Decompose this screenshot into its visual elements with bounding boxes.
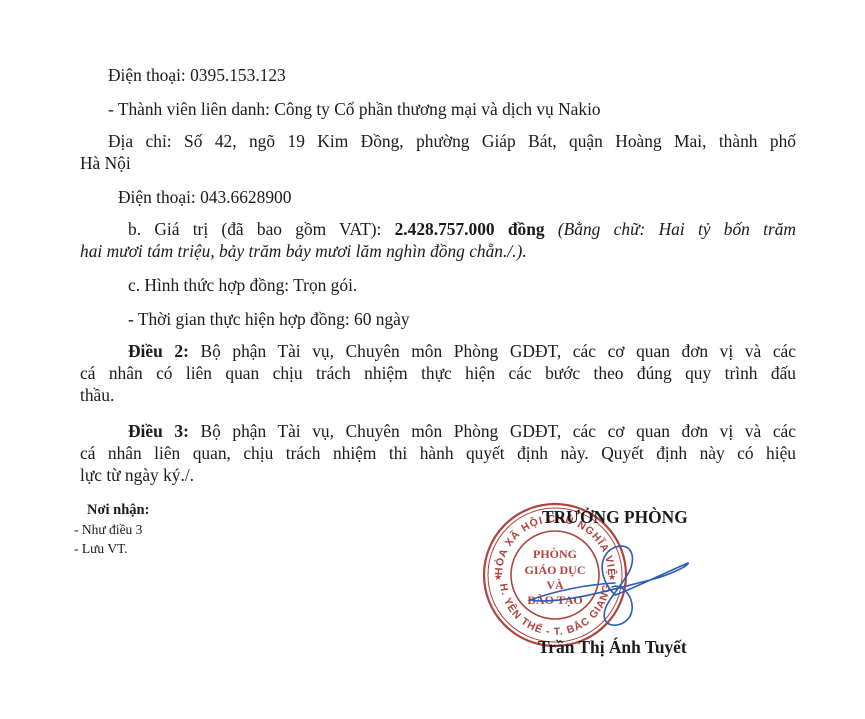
svg-text:★: ★: [494, 572, 502, 582]
value-words-2: hai mươi tám triệu, bảy trăm bảy mươi lă…: [80, 241, 527, 261]
article-3-line-1: Điều 3: Bộ phận Tài vụ, Chuyên môn Phòng…: [80, 420, 796, 442]
contact-phone-2: Điện thoại: 043.6628900: [80, 186, 834, 208]
article-3: Điều 3: Bộ phận Tài vụ, Chuyên môn Phòng…: [80, 420, 796, 486]
article-3-line-2: cá nhân liên quan, chịu trách nhiệm thi …: [80, 442, 796, 464]
member-line: - Thành viên liên danh: Công ty Cổ phần …: [80, 98, 824, 120]
recipient-item: - Như điều 3: [74, 520, 149, 539]
article-2-label: Điều 2:: [128, 341, 189, 361]
contract-form: c. Hình thức hợp đồng: Trọn gói.: [80, 274, 844, 296]
value-amount: 2.428.757.000 đồng: [395, 219, 545, 239]
address-line-2: Hà Nội: [80, 152, 796, 174]
article-2-line-3: thầu.: [80, 384, 796, 406]
value-words-1: (Bằng chữ: Hai tỷ bốn trăm: [545, 219, 796, 239]
value-line-1: b. Giá trị (đã bao gồm VAT): 2.428.757.0…: [80, 218, 796, 240]
signature-block: CỘNG HÒA XÃ HỘI CHỦ NGHĨA VIỆT NAM H. YÊ…: [470, 490, 770, 690]
contract-duration: - Thời gian thực hiện hợp đồng: 60 ngày: [80, 308, 844, 330]
value-prefix: b. Giá trị (đã bao gồm VAT):: [128, 219, 395, 239]
contact-phone-1: Điện thoại: 0395.153.123: [80, 64, 824, 86]
article-2-line-1: Điều 2: Bộ phận Tài vụ, Chuyên môn Phòng…: [80, 340, 796, 362]
article-3-line-3: lực từ ngày ký./.: [80, 464, 796, 486]
address-line-1: Địa chỉ: Số 42, ngõ 19 Kim Đồng, phường …: [80, 130, 796, 152]
value-line-2: hai mươi tám triệu, bảy trăm bảy mươi lă…: [80, 240, 796, 262]
recipients-title: Nơi nhận:: [74, 501, 149, 520]
article-2: Điều 2: Bộ phận Tài vụ, Chuyên môn Phòng…: [80, 340, 796, 406]
value-paragraph: b. Giá trị (đã bao gồm VAT): 2.428.757.0…: [80, 218, 796, 262]
signer-name: Trần Thị Ánh Tuyết: [538, 637, 687, 658]
recipients-block: Nơi nhận: - Như điều 3 - Lưu VT.: [74, 501, 149, 558]
address-paragraph: Địa chỉ: Số 42, ngõ 19 Kim Đồng, phường …: [80, 130, 796, 174]
handwritten-signature-icon: [520, 535, 690, 635]
recipient-item: - Lưu VT.: [74, 539, 149, 558]
article-3-label: Điều 3:: [128, 421, 189, 441]
article-2-line-2: cá nhân có liên quan chịu trách nhiệm th…: [80, 362, 796, 384]
signer-title: TRƯỞNG PHÒNG: [542, 507, 688, 528]
